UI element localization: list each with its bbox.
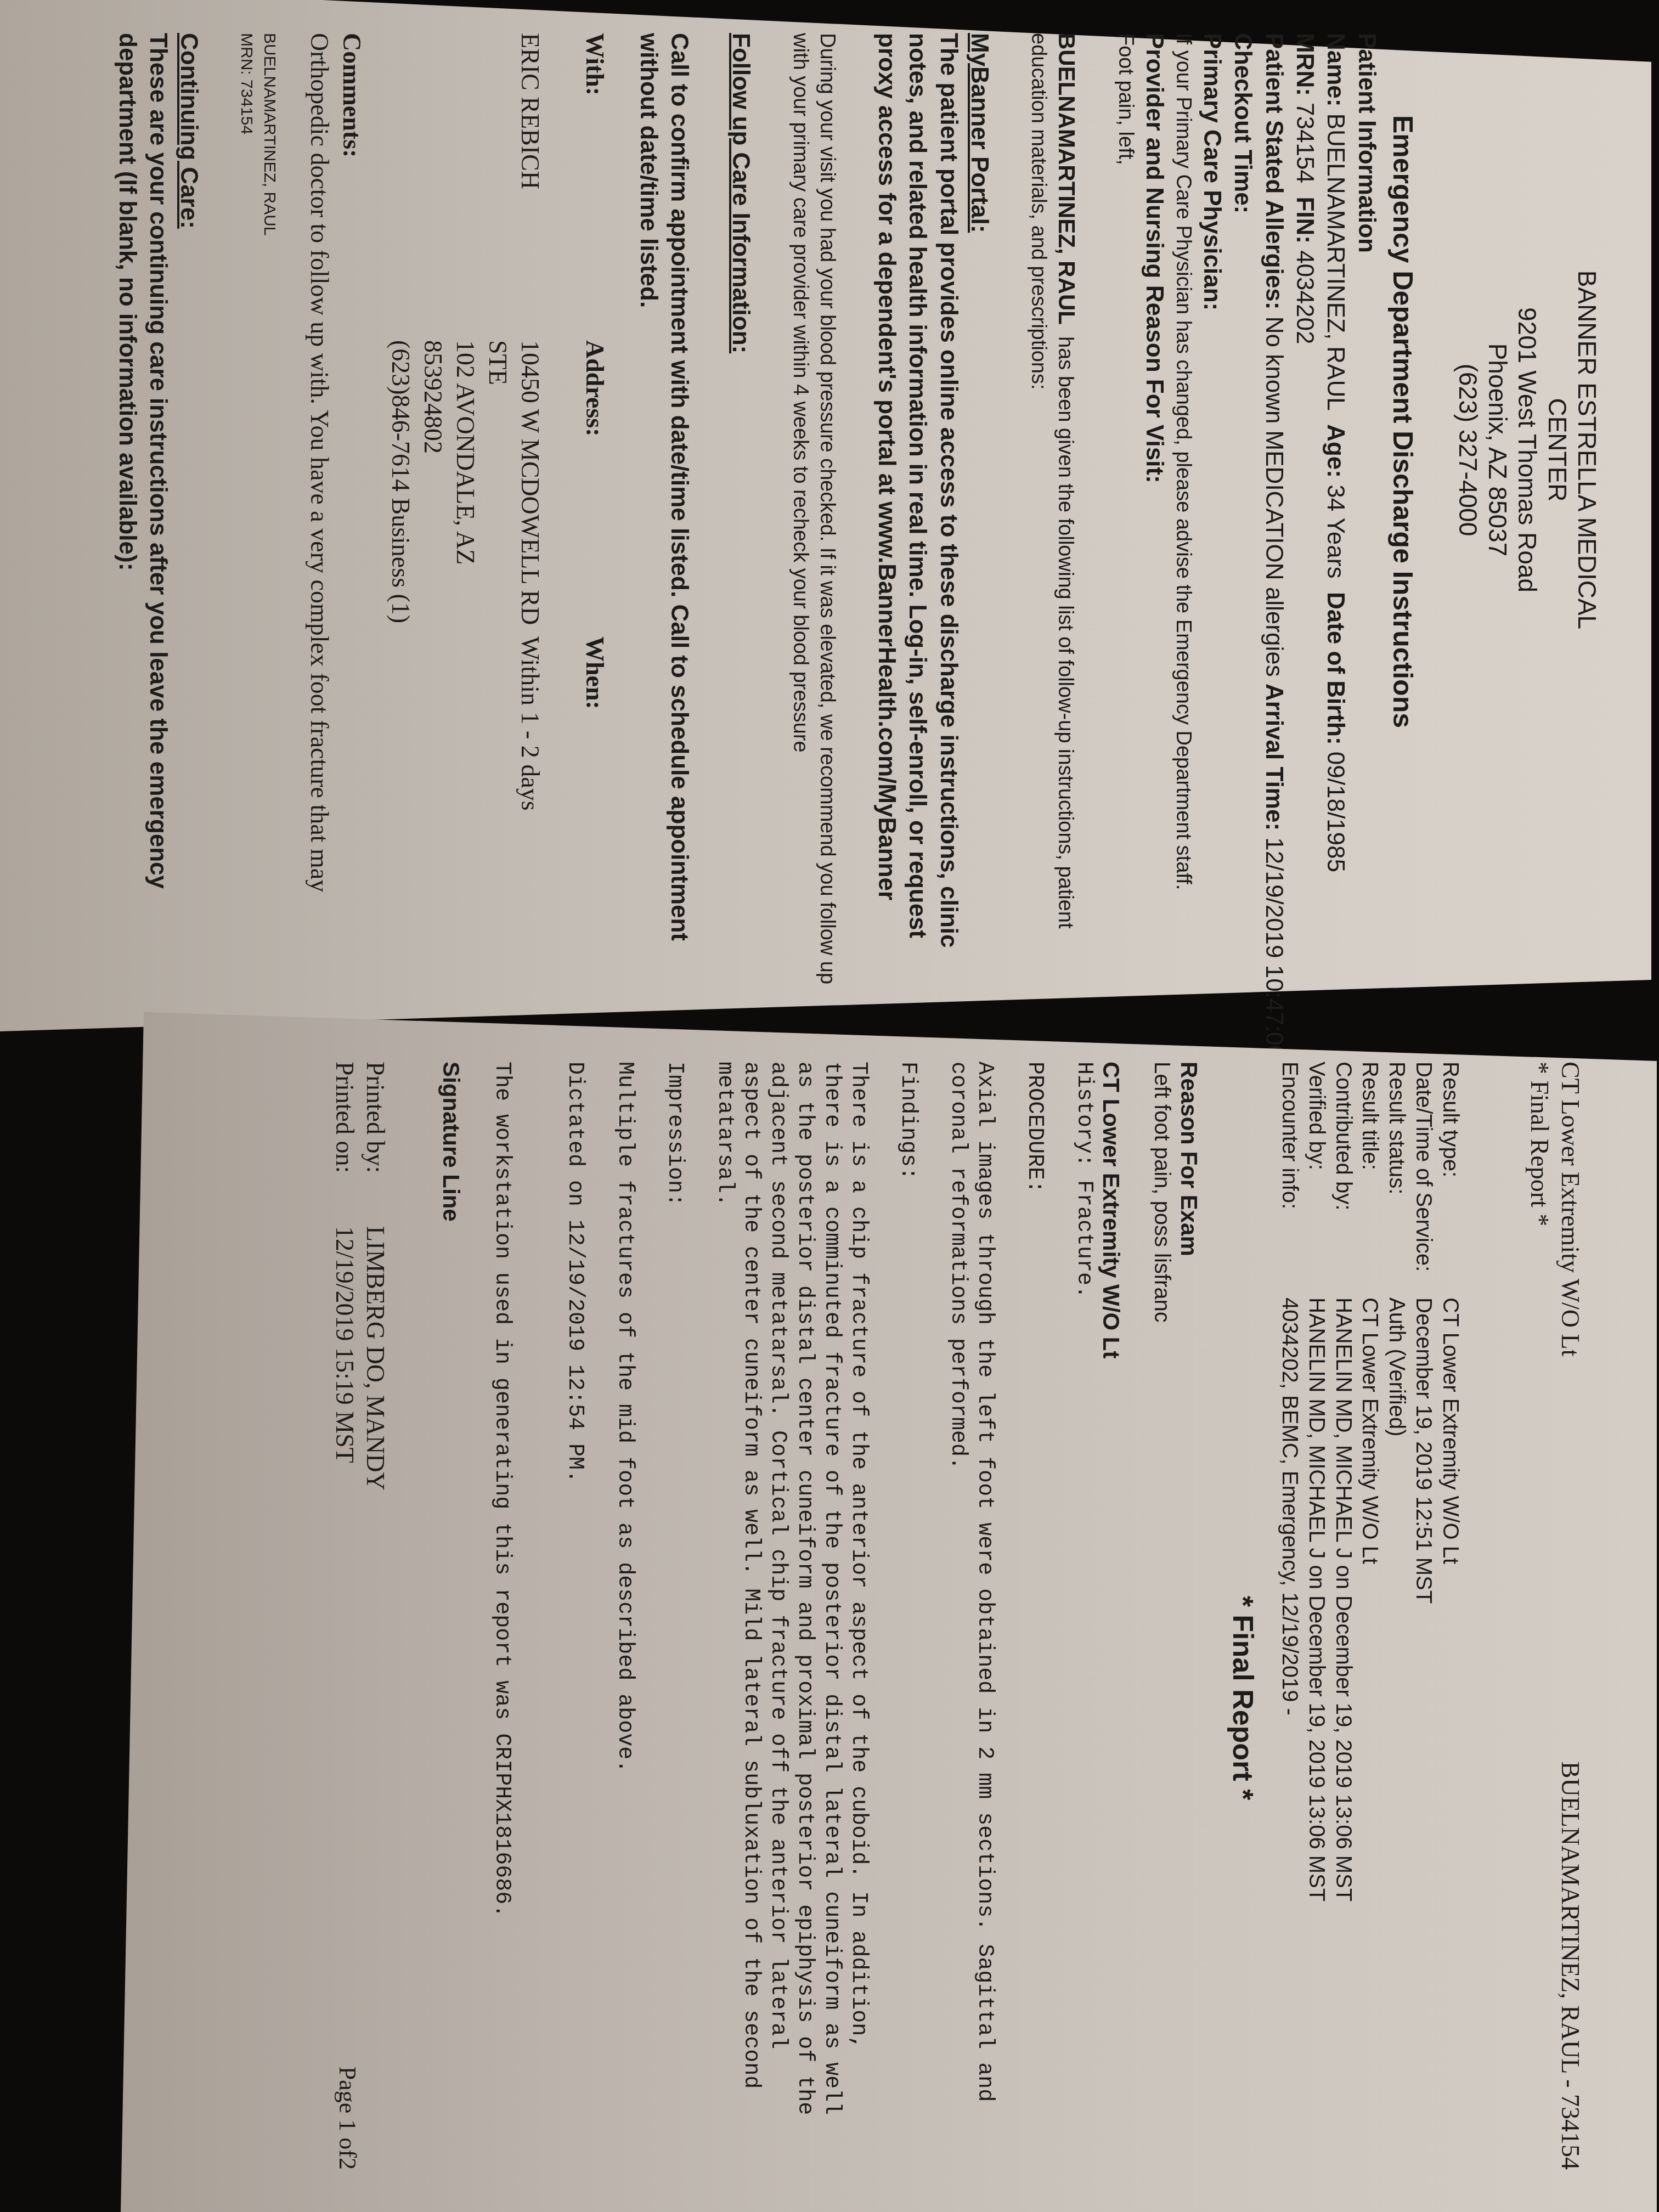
reason-heading: Reason For Exam (1175, 1062, 1203, 2170)
result-field-label: Result type: (1437, 1062, 1464, 1297)
hospital-city: Phoenix, AZ 85037 (1483, 241, 1513, 658)
printed-by-row: Printed by: LIMBERG DO, MANDY (360, 1062, 391, 2170)
given-instructions-text: BUELNAMARTINEZ, RAUL has been given the … (1025, 33, 1081, 998)
address-line-3: (623)846-7614 Business (1) (384, 340, 416, 636)
result-field-row: Verified by:HANELIN MD, MICHAEL J on Dec… (1303, 1062, 1330, 2170)
comments-label: Comments: (335, 33, 368, 998)
result-field-row: Result status:Auth (Verified) (1383, 1062, 1410, 2170)
final-report-banner: * Final Report * (1225, 1062, 1260, 2170)
visit-reason-label: Provider and Nursing Reason For Visit: (1139, 33, 1170, 998)
dob-label: Date of Birth: (1322, 592, 1349, 745)
result-field-label: Verified by: (1303, 1062, 1330, 1297)
address-line-1: 10450 W MCDOWELL RD STE (481, 340, 546, 636)
col-with: With: (579, 33, 611, 340)
provider-address: 10450 W MCDOWELL RD STE 102 AVONDALE, AZ… (384, 340, 545, 636)
followup-table: With: Address: When: ERIC REBICH 10450 W… (303, 33, 611, 998)
followup-call-text: Call to confirm appointment with date/ti… (633, 33, 695, 998)
result-field-value: CT Lower Extremity W/O Lt (1357, 1297, 1384, 1564)
hospital-header: BANNER ESTRELLA MEDICAL CENTER 9201 West… (1453, 241, 1602, 658)
followup-heading: Follow up Care Information: (725, 33, 756, 998)
followup-table-header: With: Address: When: (579, 33, 611, 998)
result-fields: Result type:CT Lower Extremity W/O LtDat… (1276, 1062, 1464, 2170)
name-label: Name: (1322, 33, 1349, 107)
comments-text: Orthopedic doctor to follow up with. You… (303, 33, 335, 998)
header-exam-title: CT Lower Extremity W/O Lt (1555, 1062, 1585, 1356)
hospital-street: 9201 West Thomas Road (1513, 241, 1542, 658)
procedure-label: PROCEDURE: (1020, 1062, 1047, 2170)
result-field-value: December 19, 2019 12:51 MST (1410, 1297, 1437, 1604)
result-field-label: Contributed by: (1330, 1062, 1357, 1297)
footer-patient-name: BUELNAMARTINEZ, RAUL (258, 33, 281, 998)
result-field-value: HANELIN MD, MICHAEL J on December 19, 20… (1303, 1297, 1330, 1901)
mrn-label: MRN: (1291, 33, 1318, 96)
result-field-label: Result status: (1383, 1062, 1410, 1297)
checkout-label: Checkout Time: (1227, 33, 1258, 998)
result-field-label: Date/Time of Service: (1410, 1062, 1437, 1297)
dob-value: 09/18/1985 (1322, 752, 1349, 872)
procedure-text: Axial images through the left foot were … (944, 1062, 997, 2170)
portal-text: The patient portal provides online acces… (871, 33, 964, 998)
hospital-phone: (623) 327-4000 (1453, 241, 1483, 658)
printed-by-value: LIMBERG DO, MANDY (360, 1226, 391, 1491)
continuing-care-text: These are your continuing care instructi… (111, 33, 173, 998)
patient-name-line: Name: BUELNAMARTINEZ, RAUL Age: 34 Years… (1320, 33, 1351, 998)
footer-mrn: MRN: 734154 (235, 33, 258, 998)
allergies-line: Patient Stated Allergies: No known MEDIC… (1258, 33, 1289, 998)
result-field-row: Date/Time of Service:December 19, 2019 1… (1410, 1062, 1437, 2170)
continuing-care-heading: Continuing Care: (173, 33, 204, 998)
visit-reason-value: Foot pain, left, (1112, 33, 1139, 998)
fin-value: 4034202 (1291, 250, 1318, 344)
arrival-label: Arrival Time: (1261, 684, 1288, 831)
result-field-row: Contributed by:HANELIN MD, MICHAEL J on … (1330, 1062, 1357, 2170)
result-field-label: Encounter info: (1276, 1062, 1303, 1297)
discharge-instructions-document: BANNER ESTRELLA MEDICAL CENTER 9201 West… (111, 33, 1602, 998)
reason-text: Left foot pain, poss lisfranc (1148, 1062, 1175, 2170)
impression-text: Multiple fractures of the mid foot as de… (611, 1062, 637, 2170)
result-field-value: HANELIN MD, MICHAEL J on December 19, 20… (1330, 1297, 1357, 1901)
signature-heading: Signature Line (437, 1062, 465, 2170)
page-footer: BUELNAMARTINEZ, RAUL MRN: 734154 (235, 33, 281, 998)
provider-name: ERIC REBICH (384, 33, 545, 340)
exam-heading: CT Lower Extremity W/O Lt (1097, 1062, 1125, 2170)
printed-on-value: 12/19/2019 15:19 MST (329, 1226, 360, 1463)
name-value: BUELNAMARTINEZ, RAUL (1322, 114, 1349, 411)
result-field-row: Encounter info:4034202, BEMC, Emergency,… (1276, 1062, 1303, 2170)
arrival-value: 12/19/2019 10:47:00 (1261, 837, 1288, 1059)
impression-label: Impression: (661, 1062, 687, 2170)
history-text: History: Fracture. (1070, 1062, 1097, 2170)
address-line-2: 102 AVONDALE, AZ 853924802 (416, 340, 481, 636)
allergies-label: Patient Stated Allergies: (1261, 33, 1288, 310)
workstation-text: The workstation used in generating this … (488, 1062, 515, 2170)
pcp-label: Primary Care Physician: (1197, 33, 1227, 998)
result-field-row: Result title:CT Lower Extremity W/O Lt (1357, 1062, 1384, 2170)
header-patient: BUELNAMARTINEZ, RAUL - 734154 (1524, 1762, 1585, 2170)
ct-report-document: CT Lower Extremity W/O Lt * Final Report… (332, 1062, 1585, 2170)
age-value: 34 Years (1322, 484, 1349, 578)
age-label: Age: (1322, 424, 1349, 478)
result-field-value: CT Lower Extremity W/O Lt (1437, 1297, 1464, 1564)
result-field-value: Auth (Verified) (1383, 1297, 1410, 1436)
result-field-row: Result type:CT Lower Extremity W/O Lt (1437, 1062, 1464, 2170)
fin-label: FIN: (1291, 196, 1318, 244)
header-report-status: * Final Report * (1524, 1062, 1555, 1356)
dictated-text: Dictated on 12/19/2019 12:54 PM. (561, 1062, 588, 2170)
blood-pressure-text: During your visit you had your blood pre… (787, 33, 840, 998)
pcp-note: If your Primary Care Physician has chang… (1170, 33, 1197, 998)
col-address: Address: (579, 340, 611, 636)
patient-info-heading: Patient Information (1351, 33, 1381, 998)
ct-report-header: CT Lower Extremity W/O Lt * Final Report… (1524, 1062, 1585, 2170)
printed-on-label: Printed on: (329, 1062, 360, 1226)
given-patient-name: BUELNAMARTINEZ, RAUL (1054, 33, 1080, 325)
printed-by-label: Printed by: (360, 1062, 391, 1226)
hospital-name: BANNER ESTRELLA MEDICAL CENTER (1542, 241, 1602, 658)
mrn-fin-line: MRN: 734154 FIN: 4034202 (1289, 33, 1320, 998)
followup-when: Within 1 - 2 days (384, 636, 545, 856)
table-row: ERIC REBICH 10450 W MCDOWELL RD STE 102 … (384, 33, 545, 998)
result-field-value: 4034202, BEMC, Emergency, 12/19/2019 - (1276, 1297, 1303, 1716)
document-title: Emergency Department Discharge Instructi… (1385, 115, 1420, 998)
portal-heading: MyBanner Portal: (964, 33, 995, 998)
result-field-label: Result title: (1357, 1062, 1384, 1297)
findings-label: Findings: (894, 1062, 921, 2170)
findings-text: There is a chip fracture of the anterior… (710, 1062, 871, 2170)
mrn-value: 734154 (1291, 103, 1318, 183)
allergies-value: No known MEDICATION allergies (1261, 317, 1288, 677)
col-when: When: (579, 636, 611, 856)
